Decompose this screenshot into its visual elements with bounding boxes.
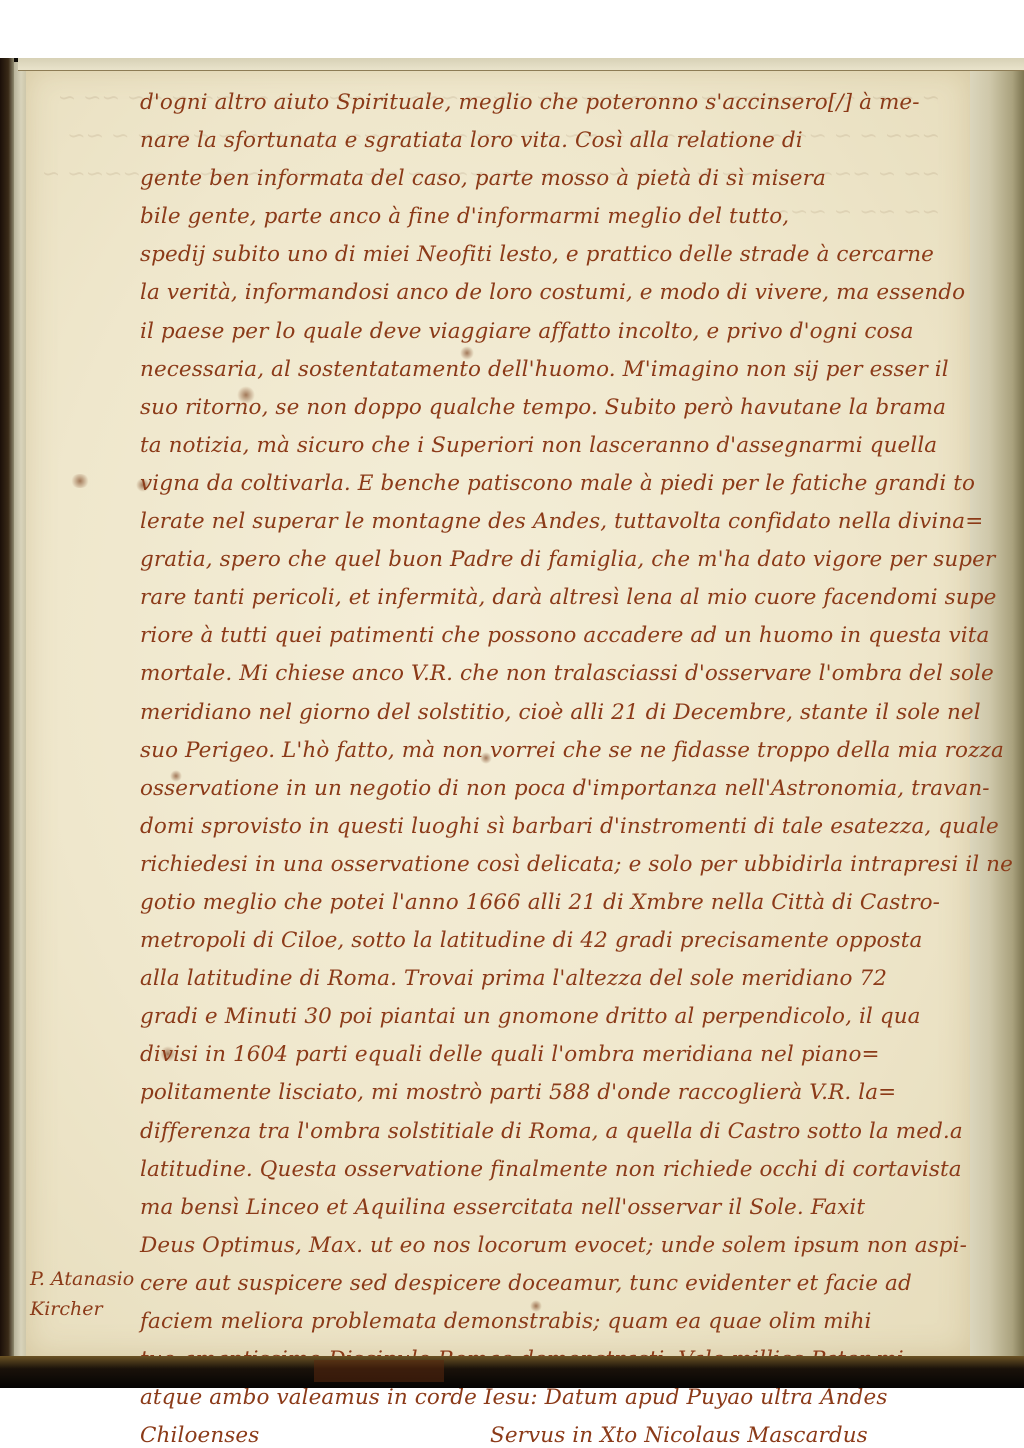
text-line: necessaria, al sostentatamento dell'huom… [140,351,970,389]
text-line: Deus Optimus, Max. ut eo nos locorum evo… [140,1227,970,1265]
left-binding-edge [0,58,14,1388]
text-line: divisi in 1604 parti equali delle quali … [140,1036,970,1074]
text-line: osservatione in un negotio di non poca d… [140,770,970,808]
letter-body: d'ogni altro aiuto Spirituale, meglio ch… [140,84,970,1448]
text-line: nare la sfortunata e sgratiata loro vita… [140,122,970,160]
closing-row: Chiloenses Servus in Xto Nicolaus Mascar… [140,1417,970,1448]
text-line: gradi e Minuti 30 poi piantai un gnomone… [140,998,970,1036]
signature: Servus in Xto Nicolaus Mascardus [490,1417,868,1448]
text-line: ma bensì Linceo et Aquilina essercitata … [140,1189,970,1227]
margin-note-addressee: P. Atanasio Kircher [30,1264,134,1324]
binding-tint [314,1360,444,1382]
text-line: faciem meliora problemata demonstrabis; … [140,1303,970,1341]
text-line: spedij subito uno di miei Neofiti lesto,… [140,236,970,274]
text-line: richiedesi in una osservatione così deli… [140,846,970,884]
text-line: gratia, spero che quel buon Padre di fam… [140,541,970,579]
ink-stain [70,474,90,488]
text-line: suo Perigeo. L'hò fatto, mà non vorrei c… [140,732,970,770]
closing-place: Chiloenses [140,1417,490,1448]
text-line: mortale. Mi chiese anco V.R. che non tra… [140,655,970,693]
text-line: vigna da coltivarla. E benche patiscono … [140,465,970,503]
text-line: domi sprovisto in questi luoghi sì barba… [140,808,970,846]
text-line: gente ben informata del caso, parte moss… [140,160,970,198]
text-line: il paese per lo quale deve viaggiare aff… [140,313,970,351]
text-line: riore à tutti quei patimenti che possono… [140,617,970,655]
text-line: gotio meglio che potei l'anno 1666 alli … [140,884,970,922]
text-line: la verità, informandosi anco de loro cos… [140,274,970,312]
text-line: d'ogni altro aiuto Spirituale, meglio ch… [140,84,970,122]
text-line: rare tanti pericoli, et infermità, darà … [140,579,970,617]
text-line: politamente lisciato, mi mostrò parti 58… [140,1074,970,1112]
text-line: cere aut suspicere sed despicere doceamu… [140,1265,970,1303]
text-line: alla latitudine di Roma. Trovai prima l'… [140,960,970,998]
text-line: differenza tra l'ombra solstitiale di Ro… [140,1113,970,1151]
page-top-edge [18,58,1024,71]
text-line: suo ritorno, se non doppo qualche tempo.… [140,389,970,427]
text-line: latitudine. Questa osservatione finalmen… [140,1151,970,1189]
margin-note-line: P. Atanasio [30,1264,134,1294]
text-line: lerate nel superar le montagne des Andes… [140,503,970,541]
text-line: ta notizia, mà sicuro che i Superiori no… [140,427,970,465]
margin-note-line: Kircher [30,1294,134,1324]
text-line: meridiano nel giorno del solstitio, cioè… [140,694,970,732]
text-line: bile gente, parte anco à fine d'informar… [140,198,970,236]
scan-bottom-border [0,1356,1024,1388]
text-line: metropoli di Ciloe, sotto la latitudine … [140,922,970,960]
